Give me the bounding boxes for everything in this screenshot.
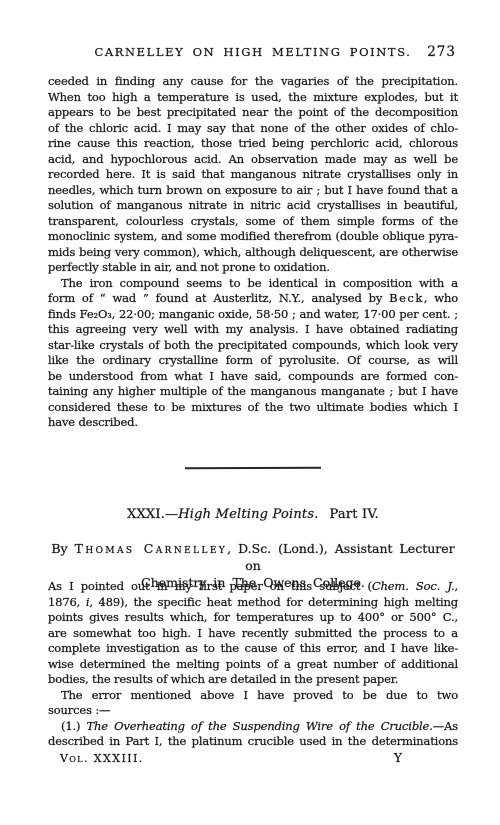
- text-line: ceeded in finding any cause for the vaga…: [48, 74, 458, 90]
- text-line: star-like crystals of both the precipita…: [48, 338, 458, 354]
- author-name: Thomas Carnelley: [75, 541, 228, 556]
- text-line: of the chloric acid. I may say that none…: [48, 121, 458, 137]
- text-line: wise determined the melting points of a …: [48, 657, 458, 673]
- text-line: acid, and hypochlorous acid. An observat…: [48, 152, 458, 168]
- footer-volume: Vol. XXXIII.: [60, 752, 144, 765]
- text-line: bodies, the results of which are detaile…: [48, 672, 458, 688]
- text-line: When too high a temperature is used, the…: [48, 90, 458, 106]
- text-line: are somewhat too high. I have recently s…: [48, 626, 458, 642]
- text-line: appears to be best precipitated near the…: [48, 105, 458, 121]
- article-part: Part IV.: [330, 507, 379, 522]
- text-line: perfectly stable in air, and not prone t…: [48, 260, 458, 276]
- paragraph-iron-compound: The iron compound seems to be identical …: [48, 276, 458, 431]
- text-line: like the ordinary crystalline form of py…: [48, 353, 458, 369]
- byline-credentials: , D.Sc. (Lond.), Assistant Lecturer on: [227, 541, 454, 573]
- paragraph-error-sources: The error mentioned above I have proved …: [48, 688, 458, 719]
- text-line: complete investigation as to the cause o…: [48, 641, 458, 657]
- text-line: mids being very common), which, although…: [48, 245, 458, 261]
- text-line: described in Part I, the platinum crucib…: [48, 734, 458, 750]
- byline-by: By: [51, 541, 74, 556]
- text-line: form of “ wad ” found at Austerlitz, N.Y…: [48, 291, 458, 307]
- text-line: this agreeing very well with my analysis…: [48, 322, 458, 338]
- article-number: XXXI.—: [127, 507, 178, 522]
- text-line: 1876, i, 489), the specific heat method …: [48, 595, 458, 611]
- printer-signature: Y: [394, 751, 402, 765]
- text-line: (1.) The Overheating of the Suspending W…: [48, 719, 458, 735]
- text-line: rine cause this reaction, those tried be…: [48, 136, 458, 152]
- text-line: needles, which turn brown on exposure to…: [48, 183, 458, 199]
- text-line: considered these to be mixtures of the t…: [48, 400, 458, 416]
- paragraph-overheating: (1.) The Overheating of the Suspending W…: [48, 719, 458, 750]
- text-line: monoclinic system, and some modified the…: [48, 229, 458, 245]
- text-line: The iron compound seems to be identical …: [48, 276, 458, 292]
- article-title: High Melting Points.: [178, 507, 318, 522]
- upper-text-block: ceeded in finding any cause for the vaga…: [48, 74, 458, 431]
- lower-text-block: As I pointed out in my first paper on th…: [48, 579, 458, 750]
- paragraph-precipitation: ceeded in finding any cause for the vaga…: [48, 74, 458, 276]
- page-number: 273: [427, 44, 456, 60]
- running-head: CARNELLEY ON HIGH MELTING POINTS. 273: [48, 45, 458, 59]
- text-line: taining any higher multiple of the manga…: [48, 384, 458, 400]
- text-line: solution of manganous nitrate in nitric …: [48, 198, 458, 214]
- text-line: be understood from what I have said, com…: [48, 369, 458, 385]
- text-line: recorded here. It is said that manganous…: [48, 167, 458, 183]
- running-head-text: CARNELLEY ON HIGH MELTING POINTS.: [94, 45, 411, 59]
- text-line: The error mentioned above I have proved …: [48, 688, 458, 704]
- text-line: sources :—: [48, 703, 458, 719]
- byline-line1: By Thomas Carnelley, D.Sc. (Lond.), Assi…: [48, 540, 458, 574]
- paragraph-specific-heat: As I pointed out in my first paper on th…: [48, 579, 458, 688]
- text-line: points gives results which, for temperat…: [48, 610, 458, 626]
- journal-page: CARNELLEY ON HIGH MELTING POINTS. 273 ce…: [0, 0, 500, 825]
- section-divider-rule: [185, 467, 321, 470]
- article-heading: XXXI.—High Melting Points.Part IV.: [48, 507, 458, 522]
- text-line: transparent, colourless crystals, some o…: [48, 214, 458, 230]
- text-line: have described.: [48, 415, 458, 431]
- text-line: finds Fe₂O₃, 22·00; manganic oxide, 58·5…: [48, 307, 458, 323]
- text-line: As I pointed out in my first paper on th…: [48, 579, 458, 595]
